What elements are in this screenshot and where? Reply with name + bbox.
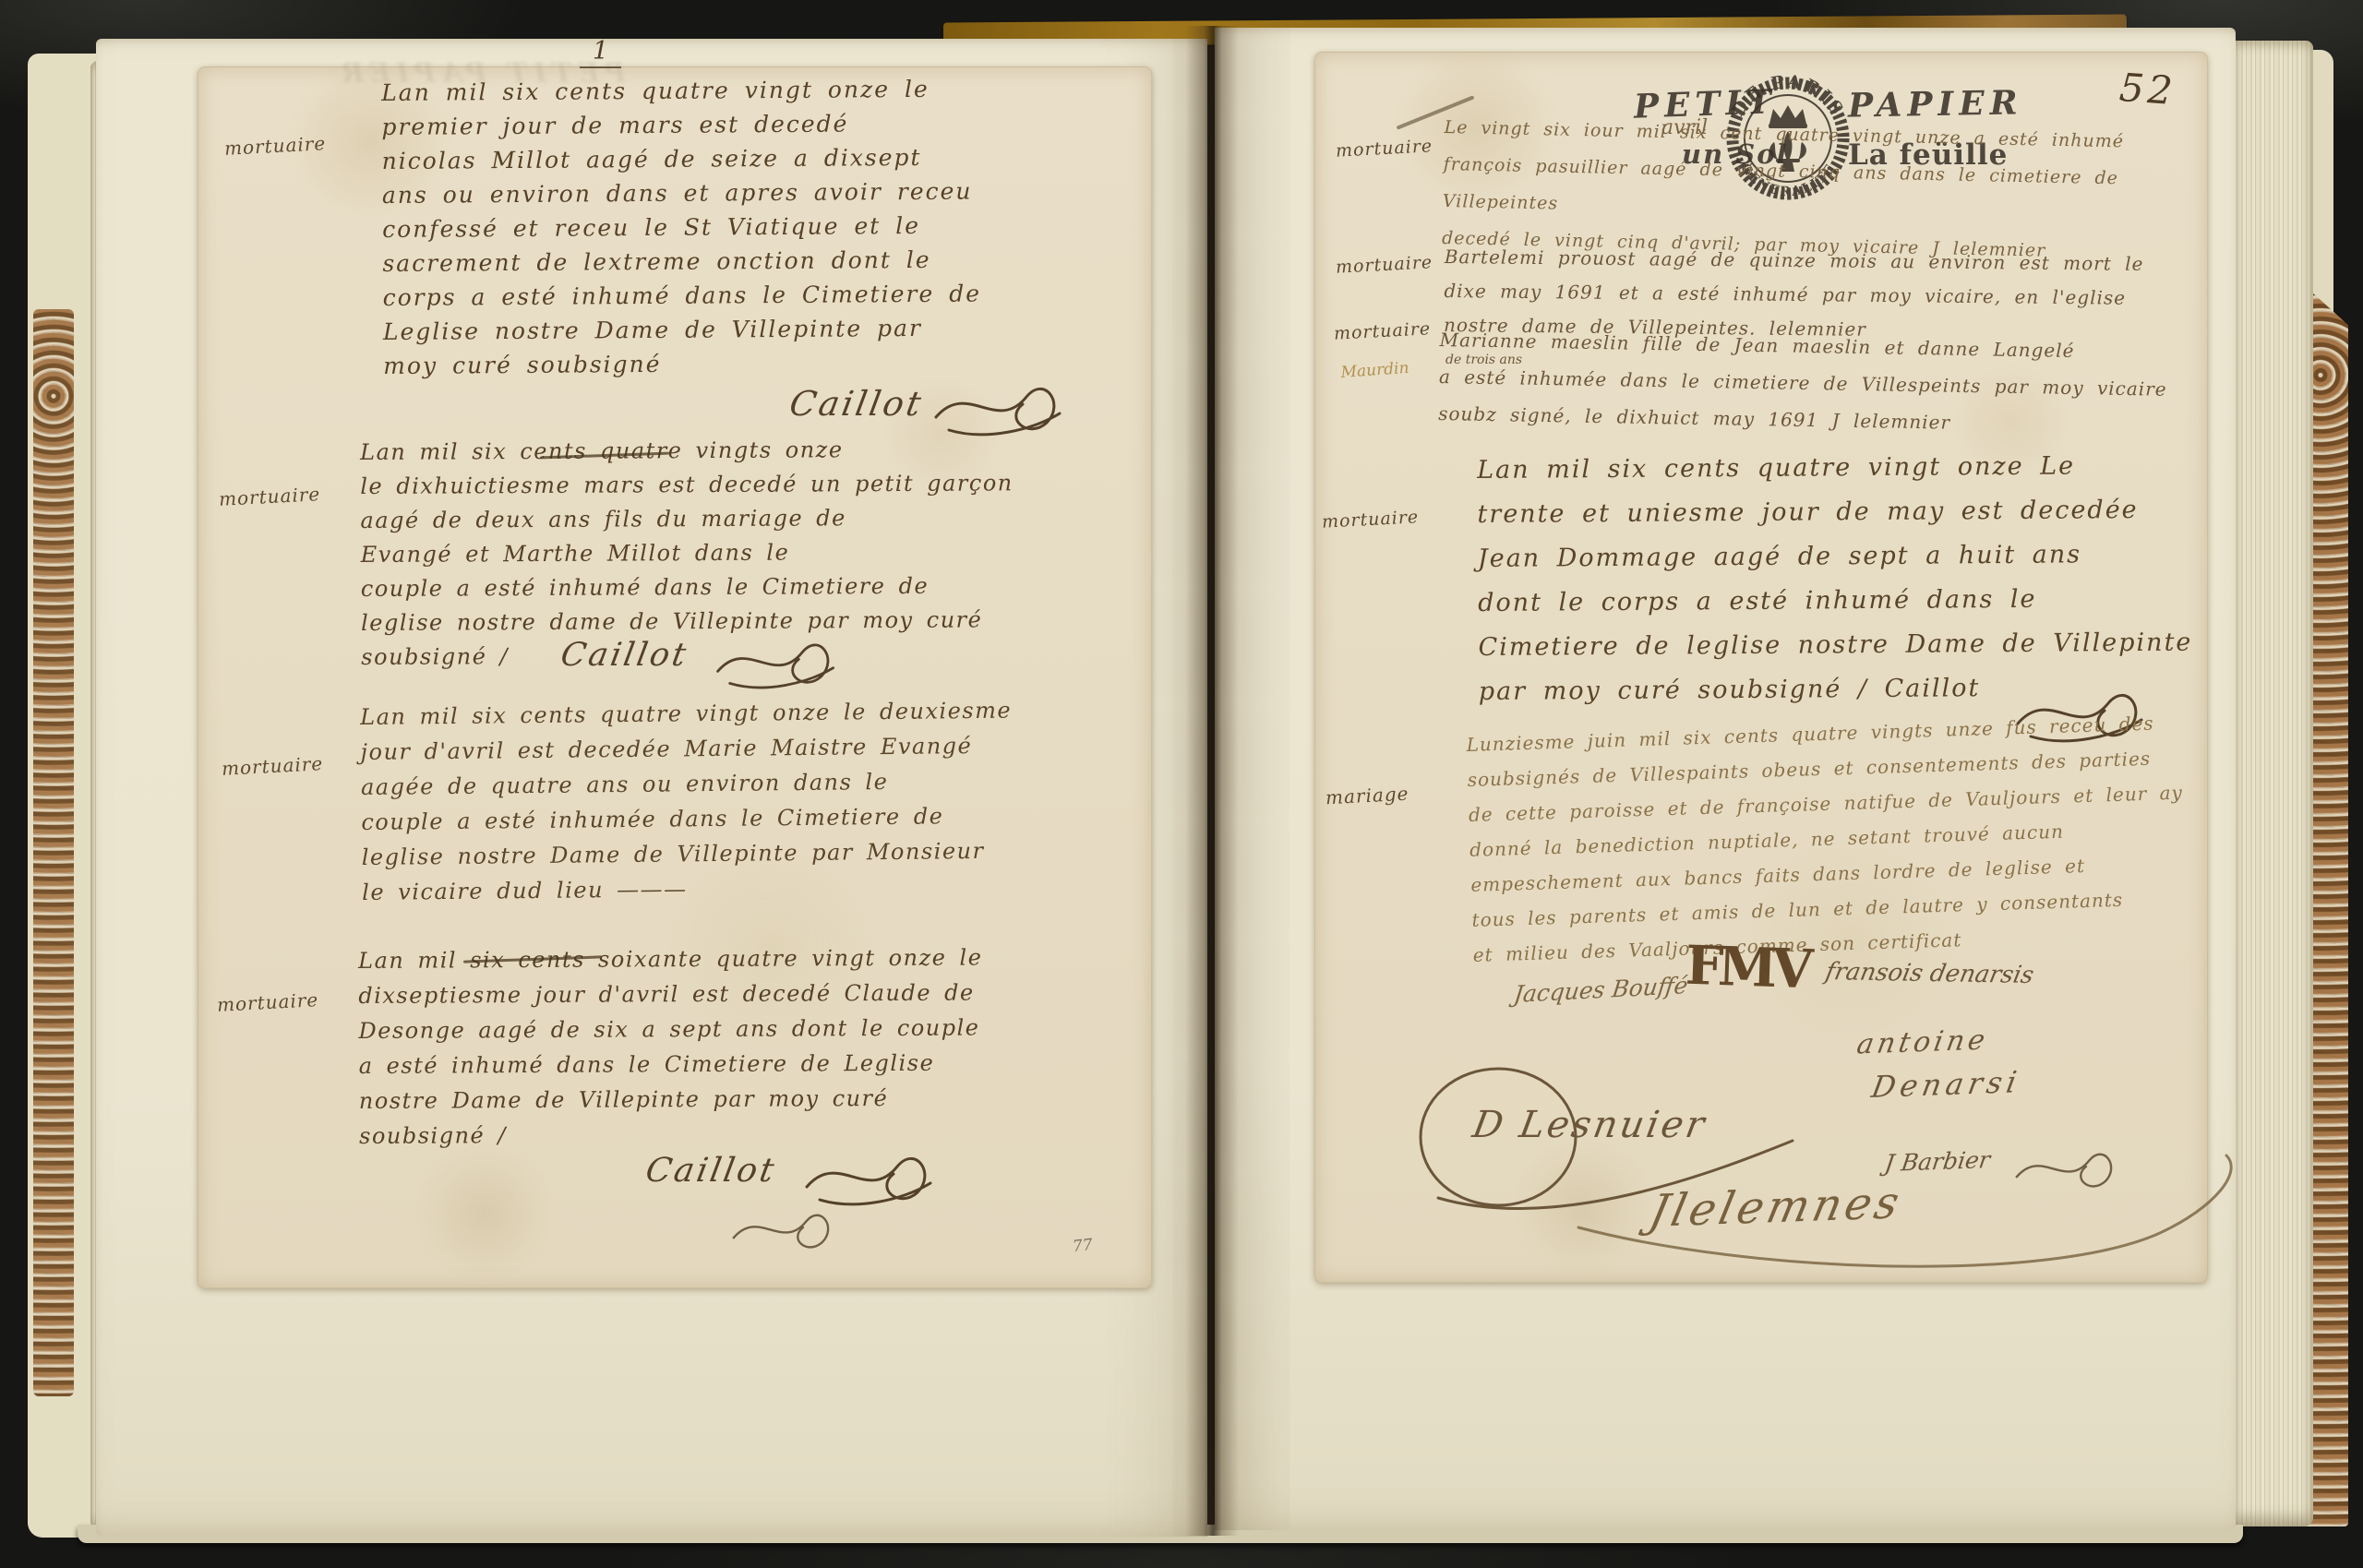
- left-marbled-board: [33, 309, 74, 1396]
- caillot-signature: Caillot: [558, 637, 690, 674]
- gutter-shadow: [1185, 26, 1239, 1536]
- marriage-entry: Lunziesme juin mil six cents quatre ving…: [1466, 702, 2267, 973]
- signature-flourish: [801, 1146, 940, 1211]
- witness-signature-antoine-line2: Denarsi: [1869, 1064, 2024, 1105]
- burial-entry: Lan mil six cents soixante quatre vingt …: [358, 940, 1098, 1154]
- caillot-signature: Caillot: [786, 384, 927, 424]
- burial-entry: Lan mil six cents quatre vingt onze Le t…: [1477, 443, 2217, 714]
- witness-signature-antoine-line1: antoine: [1854, 1023, 1991, 1060]
- burial-entry: Marianne maeslin fille de Jean maeslin e…: [1438, 321, 2234, 446]
- witness-signature-lesnuier: D Lesnuier: [1469, 1104, 1710, 1146]
- folio-number-left: 1: [580, 37, 621, 68]
- signature-underline-flourish: [1569, 1144, 2252, 1292]
- folio-number-right: 52: [2117, 65, 2177, 114]
- witness-signature-fransois: fransois denarsis: [1823, 958, 2036, 989]
- witness-monogram-mark: FMV: [1685, 934, 1809, 1001]
- caillot-signature: Caillot: [642, 1152, 779, 1190]
- signature-flourish: [713, 633, 842, 694]
- photograph-of-open-register: PETIT PAPIER 1 mortuaire Lan mil six cen…: [0, 0, 2363, 1568]
- burial-entry: Lan mil six cents quatre vingt onze le d…: [360, 692, 1100, 910]
- archive-pencil-number: 77: [1072, 1236, 1094, 1256]
- signature-flourish: [729, 1205, 840, 1257]
- burial-entry: Lan mil six cents quatre vingt onze le p…: [381, 71, 1085, 383]
- margin-label-mariage: mariage: [1325, 783, 1409, 809]
